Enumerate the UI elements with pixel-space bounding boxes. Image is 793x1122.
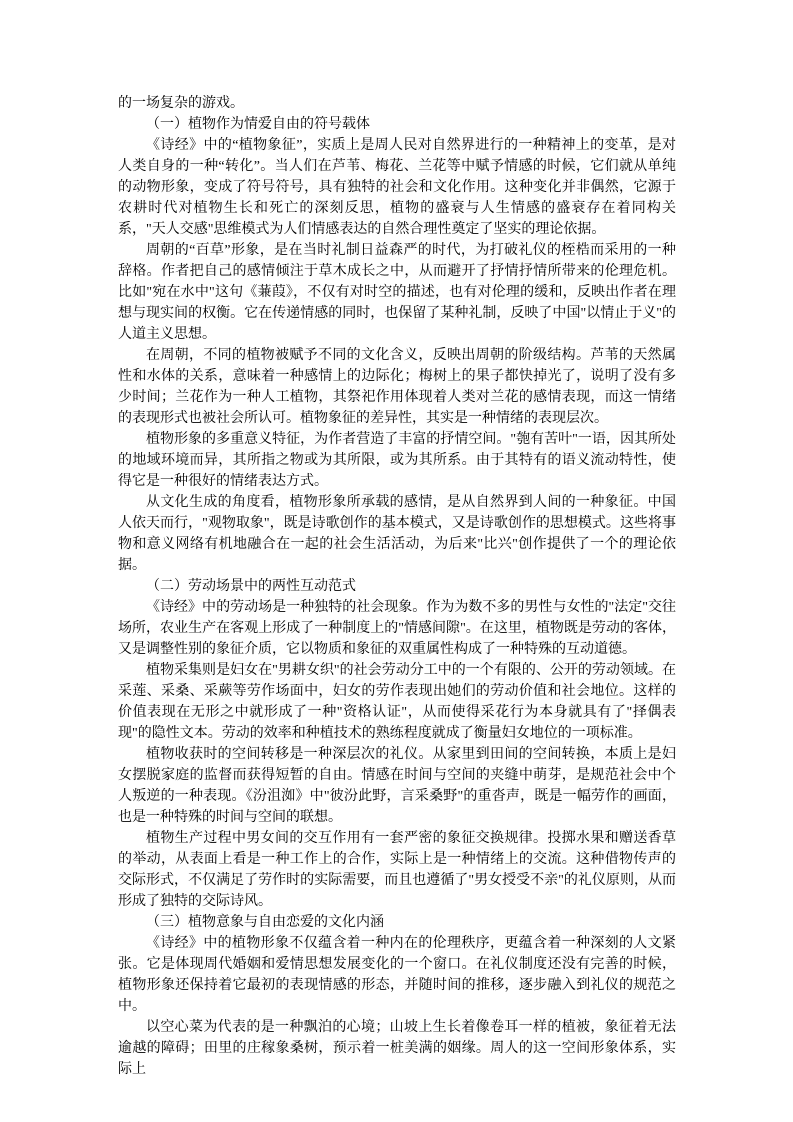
paragraph: 植物采集则是妇女在"男耕女织"的社会劳动分工中的一个有限的、公开的劳动领域。在采… bbox=[118, 660, 676, 744]
paragraph-continuation: 的一场复杂的游戏。 bbox=[118, 93, 676, 114]
paragraph: 《诗经》中的“植物象征”，实质上是周人民对自然界进行的一种精神上的变革，是对人类… bbox=[118, 135, 676, 240]
paragraph: 植物生产过程中男女间的交互作用有一套严密的象征交换规律。投掷水果和赠送香草的举动… bbox=[118, 828, 676, 912]
paragraph: 《诗经》中的植物形象不仅蕴含着一种内在的伦理秩序，更蕴含着一种深刻的人文紧张。它… bbox=[118, 933, 676, 1017]
paragraph: 在周朝，不同的植物被赋予不同的文化含义，反映出周朝的阶级结构。芦苇的天然属性和水… bbox=[118, 345, 676, 429]
section-heading-2: （二）劳动场景中的两性互动范式 bbox=[118, 576, 676, 597]
paragraph: 周朝的“百草”形象，是在当时礼制日益森严的时代，为打破礼仪的桎梏而采用的一种辞格… bbox=[118, 240, 676, 345]
paragraph: 《诗经》中的劳动场是一种独特的社会现象。作为为数不多的男性与女性的"法定"交往场… bbox=[118, 597, 676, 660]
paragraph: 植物形象的多重意义特征，为作者营造了丰富的抒情空间。"匏有苦叶"一语，因其所处的… bbox=[118, 429, 676, 492]
paragraph: 以空心菜为代表的是一种飘泊的心境；山坡上生长着像卷耳一样的植被，象征着无法逾越的… bbox=[118, 1017, 676, 1080]
document-page: 的一场复杂的游戏。 （一）植物作为情爱自由的符号载体 《诗经》中的“植物象征”，… bbox=[0, 0, 793, 1122]
document-body: 的一场复杂的游戏。 （一）植物作为情爱自由的符号载体 《诗经》中的“植物象征”，… bbox=[118, 93, 676, 1080]
section-heading-1: （一）植物作为情爱自由的符号载体 bbox=[118, 114, 676, 135]
paragraph: 植物收获时的空间转移是一种深层次的礼仪。从家里到田间的空间转换，本质上是妇女摆脱… bbox=[118, 744, 676, 828]
section-heading-3: （三）植物意象与自由恋爱的文化内涵 bbox=[118, 912, 676, 933]
paragraph: 从文化生成的角度看，植物形象所承载的感情，是从自然界到人间的一种象征。中国人依天… bbox=[118, 492, 676, 576]
